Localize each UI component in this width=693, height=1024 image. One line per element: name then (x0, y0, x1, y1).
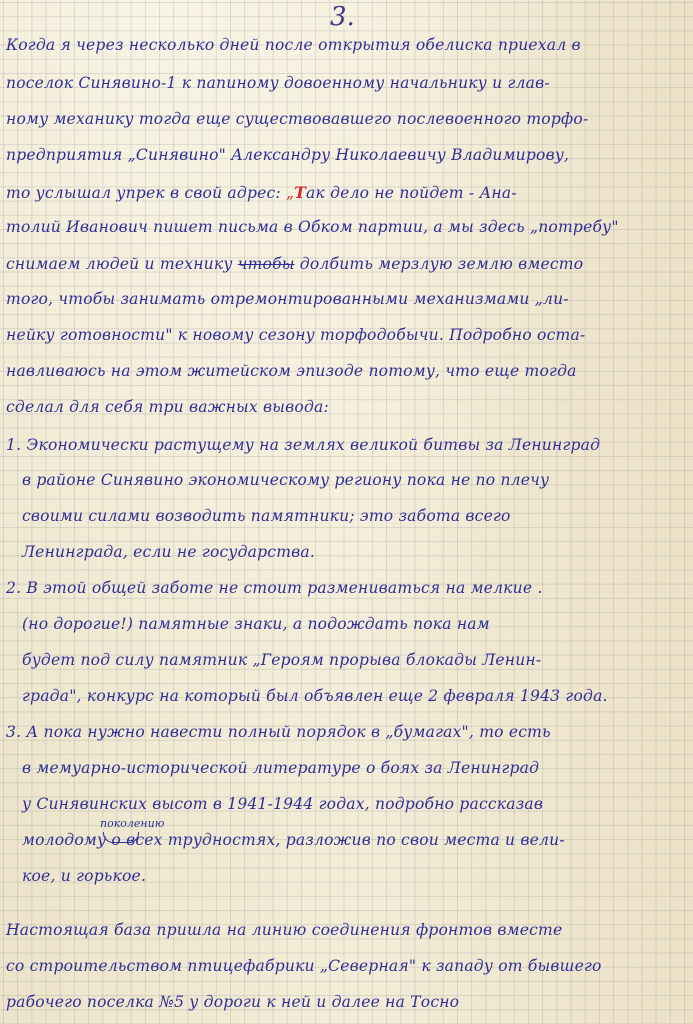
text-line: ному механику тогда еще существовавшего … (6, 110, 687, 128)
text-line: молодому о всех трудностях, разложив по … (22, 831, 687, 849)
text-line: предприятия „Синявино" Александру Никола… (6, 146, 687, 164)
list-item-3: 3. А пока нужно навести полный порядок в… (6, 723, 687, 741)
text-line: в районе Синявино экономическому региону… (22, 471, 687, 489)
text-line: (но дорогие!) памятные знаки, а подождат… (22, 615, 687, 633)
text-line: кое, и горькое. (22, 867, 687, 885)
text-segment: молодому (22, 831, 106, 849)
text-segment: снимаем людей и технику (6, 255, 233, 273)
text-line: сделал для себя три важных вывода: (6, 398, 687, 416)
text-segment: ак дело не пойдет - Ана- (306, 184, 517, 202)
text-line: Когда я через несколько дней после откры… (6, 36, 687, 54)
text-segment: о всех трудностях, разложив по свои мест… (106, 831, 565, 849)
text-line: нейку готовности" к новому сезону торфод… (6, 326, 687, 344)
red-initial-letter: Т (294, 183, 306, 202)
text-line: Ленинграда, если не государства. (22, 543, 687, 561)
list-item-1: 1. Экономически растущему на землях вели… (6, 436, 687, 454)
text-segment: долбить мерзлую землю вместо (295, 255, 584, 273)
text-line: того, чтобы занимать отремонтированными … (6, 290, 687, 308)
text-line: навливаюсь на этом житейском эпизоде пот… (6, 362, 687, 380)
text-line: снимаем людей и технику чтобы долбить ме… (6, 255, 687, 273)
handwritten-page: 3. Когда я через несколько дней после от… (0, 0, 693, 1024)
quote-open: „ (281, 184, 294, 202)
text-line: поселок Синявино-1 к папиному довоенному… (6, 74, 687, 92)
list-item-2: 2. В этой общей заботе не стоит разменив… (6, 579, 687, 597)
text-line: Настоящая база пришла на линию соединени… (6, 921, 687, 939)
text-line: то услышал упрек в свой адрес: „Так дело… (6, 183, 687, 202)
text-line: у Синявинских высот в 1941-1944 годах, п… (22, 795, 687, 813)
text-line: в мемуарно-исторической литературе о боя… (22, 759, 687, 777)
page-number: 3. (330, 2, 355, 32)
inserted-word: поколению (100, 817, 164, 830)
text-line: своими силами возводить памятники; это з… (22, 507, 687, 525)
text-line: толий Иванович пишет письма в Обком парт… (6, 218, 687, 236)
text-line: града", конкурс на который был объявлен … (22, 687, 687, 705)
text-line: со строительством птицефабрики „Северная… (6, 957, 687, 975)
text-line: рабочего поселка №5 у дороги к ней и дал… (6, 993, 687, 1011)
text-segment: то услышал упрек в свой адрес: (6, 184, 281, 202)
struck-word: чтобы (238, 255, 295, 273)
text-line: будет под силу памятник „Героям прорыва … (22, 651, 687, 669)
